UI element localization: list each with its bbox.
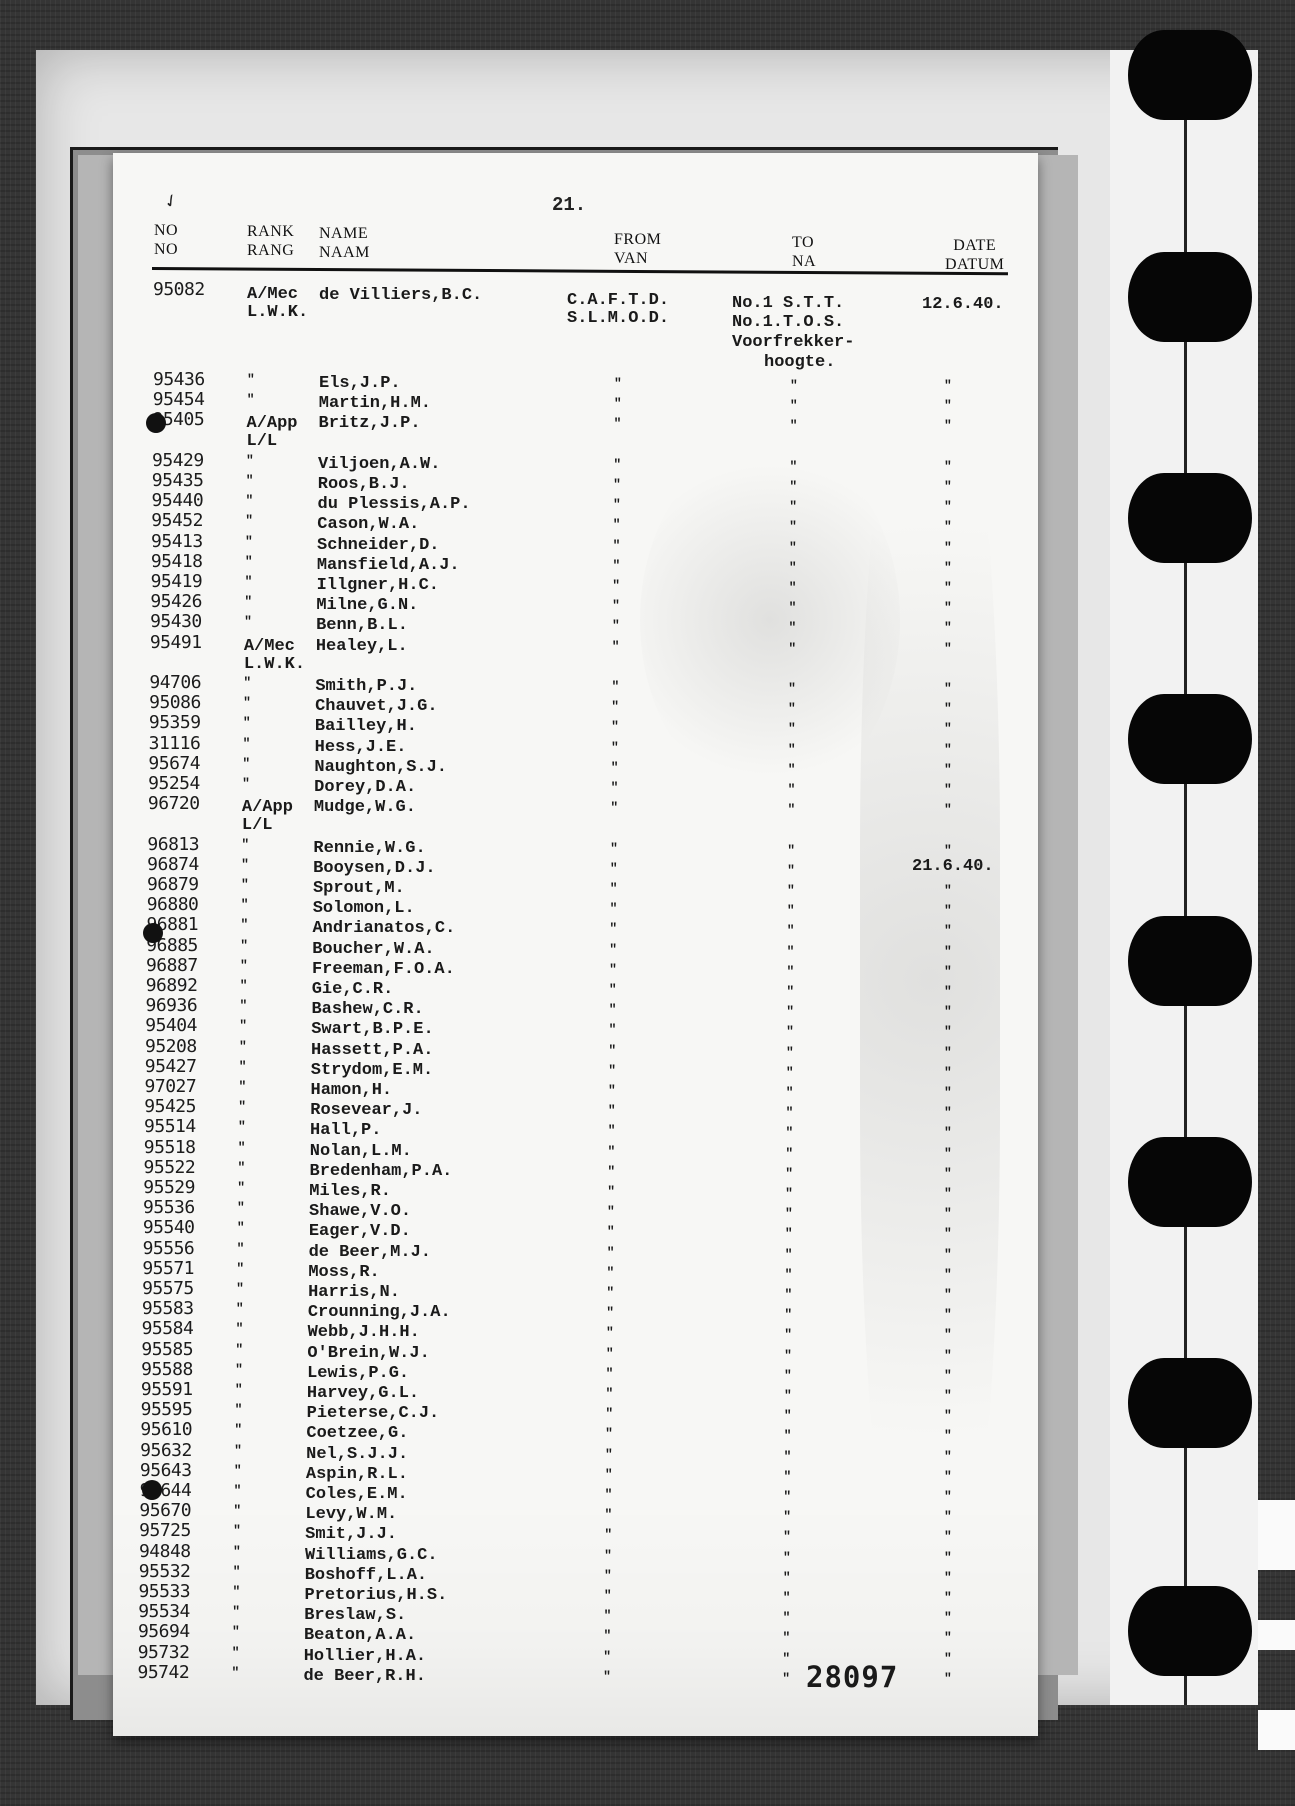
row-rank: A/App	[242, 798, 293, 817]
row-number: 95674	[148, 754, 200, 773]
row-date-ditto: "	[944, 1608, 952, 1627]
row-from-ditto: "	[604, 1525, 612, 1544]
row-name: Smit,J.J.	[305, 1525, 397, 1544]
row-name: Bashew,C.R.	[311, 1000, 423, 1019]
row-from-ditto: "	[614, 394, 622, 413]
row-rank: "	[241, 855, 249, 874]
row-to-ditto: "	[785, 1144, 793, 1163]
row-number: 95742	[137, 1663, 189, 1682]
row-name: Boucher,W.A.	[312, 940, 434, 959]
row-rank-line2: L.W.K.	[244, 655, 305, 674]
row-name: Hess,J.E.	[315, 738, 407, 757]
row-to-ditto: "	[790, 457, 798, 476]
row-rank: "	[238, 1158, 246, 1177]
row-date-ditto: "	[944, 1507, 952, 1526]
row-number: 95585	[141, 1340, 193, 1359]
row-to-ditto: "	[785, 1245, 793, 1264]
row-to-ditto: "	[784, 1325, 792, 1344]
row-rank: "	[232, 1643, 240, 1662]
row-name: Sprout,M.	[313, 879, 405, 898]
row-date-ditto: "	[944, 598, 952, 617]
row-date-ditto: "	[944, 699, 952, 718]
row-to-ditto: "	[783, 1568, 791, 1587]
row-rank-line2: L/L	[247, 432, 278, 451]
row-rank: "	[235, 1360, 243, 1379]
sprocket-hole-icon	[1128, 473, 1252, 563]
row-name: Mansfield,A.J.	[317, 556, 460, 575]
row-number: 31116	[149, 734, 201, 753]
row-name: Aspin,R.L.	[306, 1465, 408, 1484]
row-name: Naughton,S.J.	[314, 758, 447, 777]
row-name: Chauvet,J.G.	[315, 697, 437, 716]
row-to-ditto: "	[787, 942, 795, 961]
sprocket-hole-icon	[1128, 1358, 1252, 1448]
row-date-ditto: "	[944, 1123, 952, 1142]
row-number: 95575	[142, 1279, 194, 1298]
row-from-ditto: "	[611, 717, 619, 736]
row-from-ditto: "	[603, 1667, 611, 1686]
row-name: Harvey,G.L.	[307, 1384, 419, 1403]
row-name: de Beer,M.J.	[309, 1243, 431, 1262]
row-rank: A/Mec	[244, 637, 295, 656]
row-date-ditto: "	[944, 982, 952, 1001]
scan-smudge	[860, 330, 1000, 1630]
row-number: 95491	[150, 633, 202, 652]
row-rank: "	[232, 1602, 240, 1621]
row-rank-line2: L/L	[242, 816, 273, 835]
row-number: 95588	[141, 1360, 193, 1379]
header-name: NAME NAAM	[319, 224, 370, 262]
film-edge-mark	[1258, 1710, 1295, 1750]
row-to-ditto: "	[785, 1184, 793, 1203]
row-number: 95427	[145, 1057, 197, 1076]
row-date-ditto: "	[944, 962, 952, 981]
row-name: O'Brein,W.J.	[307, 1344, 429, 1363]
row-from-ditto: "	[607, 1222, 615, 1241]
row-from-ditto: "	[612, 596, 620, 615]
sprocket-hole-icon	[1128, 916, 1252, 1006]
row-rank: "	[243, 734, 251, 753]
row-from-ditto: "	[606, 1344, 614, 1363]
row-number: 95732	[138, 1643, 190, 1662]
row-rank: "	[247, 370, 255, 389]
row-to-ditto: "	[789, 558, 797, 577]
row-date-ditto: "	[944, 1386, 952, 1405]
row-rank: "	[232, 1622, 240, 1641]
row-rank: "	[245, 511, 253, 530]
row-name: Swart,B.P.E.	[311, 1020, 433, 1039]
row-rank: "	[240, 915, 248, 934]
row-rank: "	[239, 1077, 247, 1096]
row-date-ditto: "	[944, 497, 952, 516]
row-from-ditto: "	[605, 1404, 613, 1423]
row-name: Miles,R.	[309, 1182, 391, 1201]
row-number: 95540	[143, 1218, 195, 1237]
row-to-ditto: "	[786, 1123, 794, 1142]
row-number: 95556	[143, 1239, 195, 1258]
row-rank: "	[240, 956, 248, 975]
row-rank: "	[236, 1319, 244, 1338]
row-rank: "	[239, 1057, 247, 1076]
row-name: Williams,G.C.	[305, 1546, 438, 1565]
row-number: 96887	[146, 956, 198, 975]
row-date-ditto: "	[944, 942, 952, 961]
row-name: Cason,W.A.	[317, 515, 419, 534]
row-rank: "	[234, 1481, 242, 1500]
row-to-ditto: "	[788, 699, 796, 718]
entry-no: 95082	[153, 280, 205, 299]
row-number: 95404	[145, 1016, 197, 1035]
row-number: 95440	[152, 491, 204, 510]
row-to-ditto: "	[787, 841, 795, 860]
row-rank: "	[236, 1279, 244, 1298]
row-date-ditto: "	[944, 618, 952, 637]
row-from-ditto: "	[605, 1465, 613, 1484]
row-date-ditto: "	[944, 558, 952, 577]
row-number: 95419	[151, 572, 203, 591]
row-name: Bailley,H.	[315, 717, 417, 736]
row-rank: "	[246, 491, 254, 510]
row-date-ditto: "	[944, 1204, 952, 1223]
row-to-ditto: "	[784, 1386, 792, 1405]
row-to-ditto: "	[784, 1346, 792, 1365]
row-rank: "	[243, 713, 251, 732]
row-to-ditto: "	[783, 1527, 791, 1546]
film-edge-mark	[1258, 1620, 1295, 1650]
row-to-ditto: "	[790, 416, 798, 435]
row-from-ditto: "	[611, 697, 619, 716]
row-name: Pieterse,C.J.	[307, 1404, 440, 1423]
row-name: Nolan,L.M.	[310, 1142, 412, 1161]
row-rank: "	[235, 1380, 243, 1399]
film-edge-mark	[1258, 1500, 1295, 1570]
row-to-ditto: "	[785, 1285, 793, 1304]
row-to-ditto: "	[789, 618, 797, 637]
row-number: 95725	[139, 1521, 191, 1540]
row-rank: "	[241, 875, 249, 894]
row-to-ditto: "	[787, 921, 795, 940]
row-name: Illgner,H.C.	[317, 576, 439, 595]
row-rank: "	[233, 1542, 241, 1561]
row-number: 95518	[144, 1138, 196, 1157]
row-rank: "	[240, 936, 248, 955]
row-from-ditto: "	[603, 1647, 611, 1666]
row-rank: "	[243, 673, 251, 692]
row-name: Gie,C.R.	[312, 980, 394, 999]
row-date-ditto: "	[944, 1164, 952, 1183]
row-from-ditto: "	[613, 536, 621, 555]
row-date-ditto: "	[944, 1649, 952, 1668]
row-date-ditto: "	[944, 457, 952, 476]
row-name: Harris,N.	[308, 1283, 400, 1302]
row-date-ditto: "	[944, 1548, 952, 1567]
row-rank: "	[242, 754, 250, 773]
row-from-ditto: "	[611, 778, 619, 797]
row-to-ditto: "	[786, 1022, 794, 1041]
row-name: Martin,H.M.	[319, 394, 431, 413]
row-from-ditto: "	[613, 515, 621, 534]
row-date-ditto: "	[944, 1366, 952, 1385]
row-number: 95413	[151, 532, 203, 551]
row-date-ditto: "	[944, 1245, 952, 1264]
row-number: 95534	[138, 1602, 190, 1621]
row-rank: "	[247, 390, 255, 409]
entry-from-line2: S.L.M.O.D.	[567, 309, 669, 328]
row-rank: "	[235, 1400, 243, 1419]
row-name: Solomon,L.	[313, 899, 415, 918]
row-rank: "	[236, 1299, 244, 1318]
row-number: 96892	[146, 976, 198, 995]
row-number: 95359	[149, 713, 201, 732]
row-date-ditto: "	[944, 1447, 952, 1466]
row-from-ditto: "	[608, 1101, 616, 1120]
row-to-ditto: "	[788, 780, 796, 799]
row-rank: "	[245, 532, 253, 551]
row-name: Eager,V.D.	[309, 1222, 411, 1241]
row-to-ditto: "	[785, 1164, 793, 1183]
row-name: Beaton,A.A.	[304, 1626, 416, 1645]
row-rank: "	[243, 693, 251, 712]
entry-rank: A/Mec	[247, 285, 298, 304]
row-to-ditto: "	[789, 517, 797, 536]
row-number: 97027	[145, 1077, 197, 1096]
row-from-ditto: "	[610, 859, 618, 878]
row-number: 95595	[141, 1400, 193, 1419]
row-from-ditto: "	[608, 1081, 616, 1100]
row-name: Moss,R.	[308, 1263, 379, 1282]
row-to-ditto: "	[782, 1649, 790, 1668]
row-rank: "	[238, 1097, 246, 1116]
row-to-ditto: "	[787, 901, 795, 920]
row-number: 95529	[143, 1178, 195, 1197]
row-rank: "	[246, 471, 254, 490]
row-rank: "	[235, 1340, 243, 1359]
row-date-ditto: "	[944, 517, 952, 536]
row-rank: "	[237, 1218, 245, 1237]
row-name: Shawe,V.O.	[309, 1202, 411, 1221]
row-date-ditto: "	[944, 719, 952, 738]
row-date-ditto: "	[944, 740, 952, 759]
row-number: 95086	[149, 693, 201, 712]
header-date: DATE DATUM	[945, 236, 1004, 274]
row-rank: "	[234, 1461, 242, 1480]
header-no: NO NO	[154, 221, 178, 259]
row-rank: "	[237, 1178, 245, 1197]
row-name: Schneider,D.	[317, 536, 439, 555]
entry-to-line4: hoogte.	[764, 353, 835, 372]
row-date-ditto: "	[944, 1346, 952, 1365]
row-from-ditto: "	[605, 1445, 613, 1464]
row-number: 95571	[142, 1259, 194, 1278]
row-name: Webb,J.H.H.	[308, 1323, 420, 1342]
row-date-ditto: "	[944, 1184, 952, 1203]
row-name: Rennie,W.G.	[313, 839, 425, 858]
row-date-ditto: "	[944, 1628, 952, 1647]
row-number: 95591	[141, 1380, 193, 1399]
row-to-ditto: "	[786, 1002, 794, 1021]
row-rank: "	[246, 451, 254, 470]
row-from-ditto: "	[606, 1283, 614, 1302]
row-name: Benn,B.L.	[316, 616, 408, 635]
entry-name: de Villiers,B.C.	[319, 286, 482, 305]
row-from-ditto: "	[605, 1424, 613, 1443]
row-from-ditto: "	[607, 1162, 615, 1181]
row-from-ditto: "	[604, 1505, 612, 1524]
row-to-ditto: "	[787, 800, 795, 819]
row-number: 95429	[152, 451, 204, 470]
row-rank: "	[233, 1501, 241, 1520]
row-name: Andrianatos,C.	[312, 919, 455, 938]
row-rank: A/App	[247, 414, 298, 433]
row-date-ditto: "	[944, 1305, 952, 1324]
row-date-ditto: "	[944, 376, 952, 395]
row-rank: "	[241, 895, 249, 914]
row-rank: "	[236, 1259, 244, 1278]
row-to-ditto: "	[788, 639, 796, 658]
row-name: Crounning,J.A.	[308, 1303, 451, 1322]
row-rank: "	[245, 552, 253, 571]
row-date-ditto: "	[944, 1669, 952, 1688]
row-date-ditto: "	[944, 1022, 952, 1041]
punch-hole-icon	[143, 923, 163, 943]
row-date-ditto: "	[944, 1406, 952, 1425]
row-number: 95532	[139, 1562, 191, 1581]
row-name: Rosevear,J.	[310, 1101, 422, 1120]
row-name: Healey,L.	[316, 637, 408, 656]
row-to-ditto: "	[784, 1406, 792, 1425]
row-name: Britz,J.P.	[319, 414, 421, 433]
row-from-ditto: "	[610, 899, 618, 918]
row-date-ditto: "	[944, 1265, 952, 1284]
row-rank: "	[244, 592, 252, 611]
row-name: Lewis,P.G.	[307, 1364, 409, 1383]
row-from-ditto: "	[606, 1384, 614, 1403]
row-from-ditto: "	[603, 1626, 611, 1645]
row-to-ditto: "	[787, 881, 795, 900]
row-name: Coetzee,G.	[306, 1424, 408, 1443]
row-name: Roos,B.J.	[318, 475, 410, 494]
page-number: 21.	[552, 194, 586, 216]
row-from-ditto: "	[614, 374, 622, 393]
row-from-ditto: "	[609, 980, 617, 999]
entry-date: 12.6.40.	[922, 295, 1004, 314]
row-date: 21.6.40.	[912, 857, 994, 876]
row-from-ditto: "	[612, 637, 620, 656]
row-name: Viljoen,A.W.	[318, 455, 440, 474]
row-rank: "	[237, 1198, 245, 1217]
row-to-ditto: "	[785, 1224, 793, 1243]
row-number: 95514	[144, 1117, 196, 1136]
row-name: Smith,P.J.	[315, 677, 417, 696]
row-to-ditto: "	[785, 1265, 793, 1284]
row-date-ditto: "	[944, 1325, 952, 1344]
row-number: 96936	[145, 996, 197, 1015]
archive-stamp-number: 28097	[806, 1660, 898, 1694]
row-from-ditto: "	[614, 414, 622, 433]
row-from-ditto: "	[608, 1061, 616, 1080]
row-rank: "	[239, 1037, 247, 1056]
row-number: 95454	[153, 390, 205, 409]
row-to-ditto: "	[789, 578, 797, 597]
row-from-ditto: "	[612, 556, 620, 575]
row-to-ditto: "	[789, 538, 797, 557]
row-name: Coles,E.M.	[306, 1485, 408, 1504]
row-name: Mudge,W.G.	[314, 798, 416, 817]
row-from-ditto: "	[607, 1182, 615, 1201]
row-number: 95632	[140, 1441, 192, 1460]
row-number: 95536	[143, 1198, 195, 1217]
row-name: Nel,S.J.J.	[306, 1445, 408, 1464]
row-to-ditto: "	[784, 1305, 792, 1324]
sprocket-hole-icon	[1128, 694, 1252, 784]
row-from-ditto: "	[608, 1041, 616, 1060]
row-name: Levy,W.M.	[305, 1505, 397, 1524]
row-rank: "	[237, 1239, 245, 1258]
row-number: 95533	[138, 1582, 190, 1601]
row-number: 95208	[145, 1037, 197, 1056]
row-date-ditto: "	[944, 881, 952, 900]
row-to-ditto: "	[783, 1507, 791, 1526]
row-number: 95436	[153, 370, 205, 389]
row-number: 96874	[147, 855, 199, 874]
row-from-ditto: "	[607, 1263, 615, 1282]
row-from-ditto: "	[604, 1606, 612, 1625]
entry-to-line3: Voorfrekker-	[732, 333, 854, 352]
row-from-ditto: "	[608, 1142, 616, 1161]
row-date-ditto: "	[944, 679, 952, 698]
row-number: 95418	[151, 552, 203, 571]
row-to-ditto: "	[783, 1588, 791, 1607]
row-to-ditto: "	[784, 1426, 792, 1445]
row-to-ditto: "	[784, 1366, 792, 1385]
row-to-ditto: "	[789, 497, 797, 516]
row-name: Hamon,H.	[311, 1081, 393, 1100]
entry-rank-line2: L.W.K.	[247, 303, 308, 322]
row-date-ditto: "	[944, 780, 952, 799]
row-date-ditto: "	[944, 901, 952, 920]
header-from: FROM VAN	[614, 230, 661, 268]
row-number: 95425	[144, 1097, 196, 1116]
sprocket-hole-icon	[1128, 1586, 1252, 1676]
row-rank: "	[233, 1521, 241, 1540]
row-date-ditto: "	[944, 416, 952, 435]
row-date-ditto: "	[944, 1103, 952, 1122]
row-number: 94848	[139, 1542, 191, 1561]
row-number: 95452	[151, 511, 203, 530]
row-from-ditto: "	[604, 1566, 612, 1585]
row-number: 94706	[149, 673, 201, 692]
row-date-ditto: "	[944, 578, 952, 597]
row-date-ditto: "	[944, 1043, 952, 1062]
row-name: Breslaw,S.	[304, 1606, 406, 1625]
row-date-ditto: "	[944, 538, 952, 557]
row-number: 95430	[150, 612, 202, 631]
row-date-ditto: "	[944, 1487, 952, 1506]
row-date-ditto: "	[944, 1083, 952, 1102]
row-rank: "	[240, 976, 248, 995]
sprocket-hole-icon	[1128, 1137, 1252, 1227]
row-date-ditto: "	[944, 760, 952, 779]
row-to-ditto: "	[786, 1103, 794, 1122]
row-number: 95583	[142, 1299, 194, 1318]
punch-hole-icon	[146, 413, 166, 433]
row-rank: "	[245, 572, 253, 591]
row-rank: "	[233, 1562, 241, 1581]
row-date-ditto: "	[944, 1568, 952, 1587]
row-date-ditto: "	[944, 1588, 952, 1607]
row-to-ditto: "	[783, 1487, 791, 1506]
row-to-ditto: "	[786, 1043, 794, 1062]
